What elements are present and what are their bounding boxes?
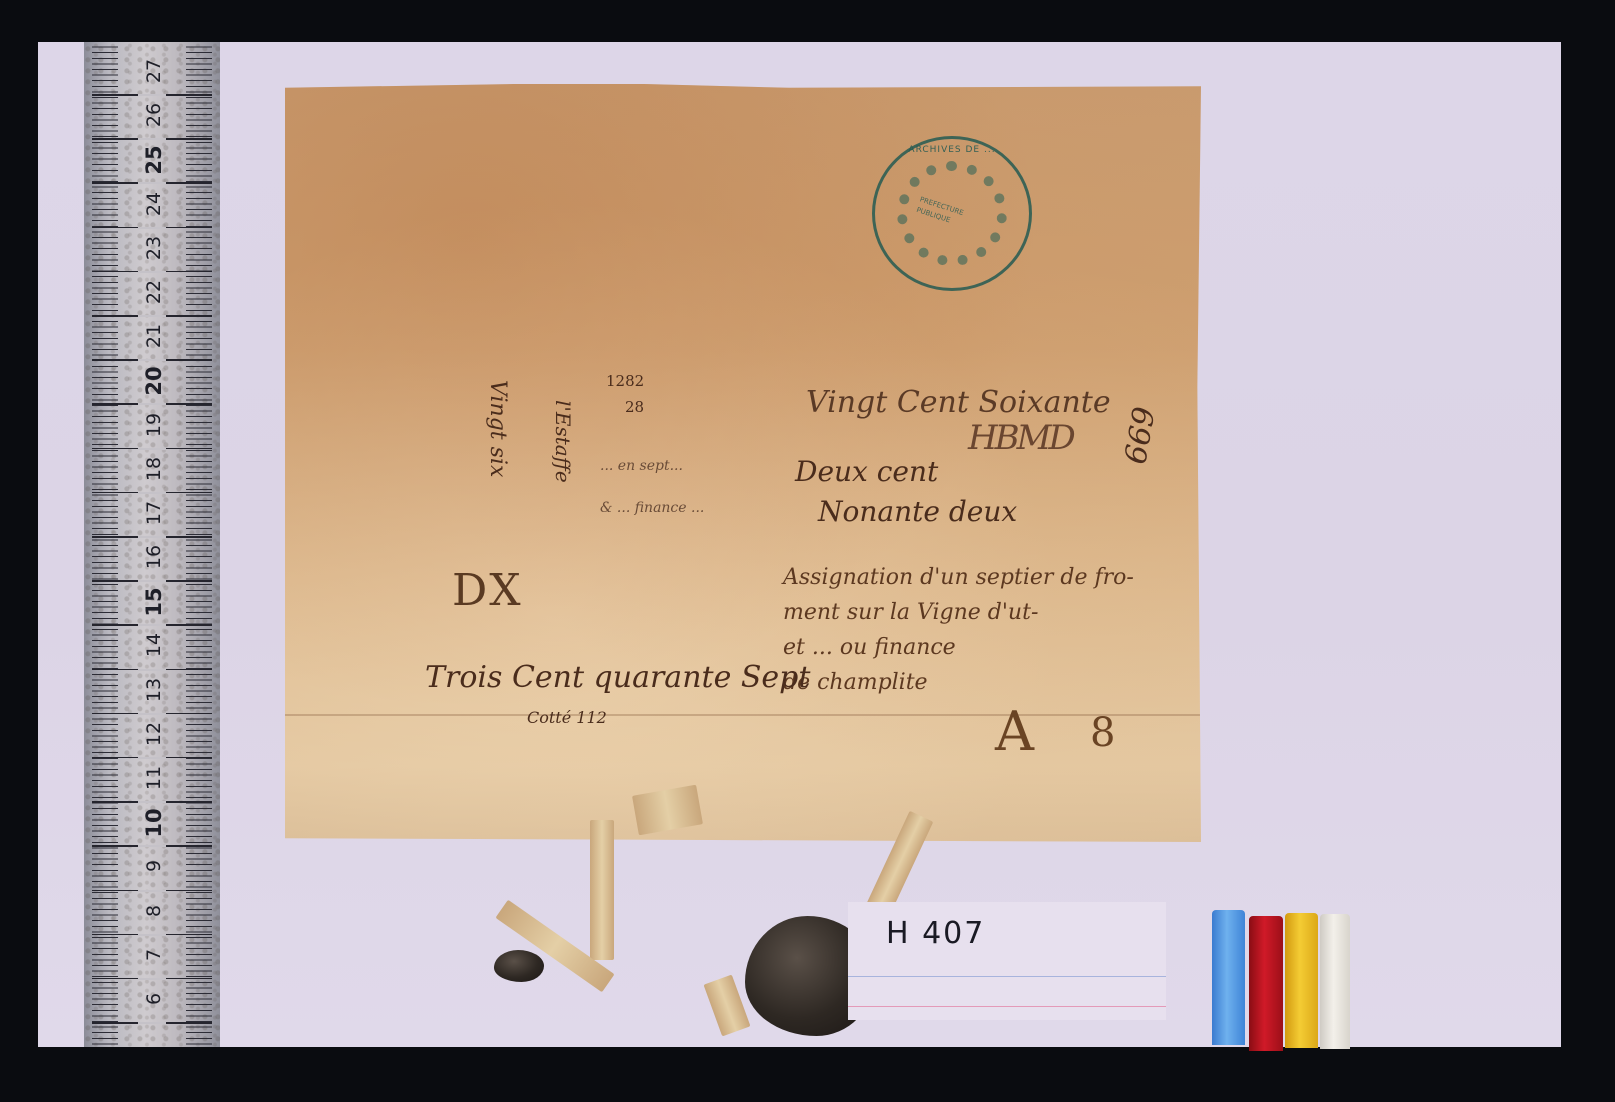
summary-line-1: Assignation d'un septier de fro-	[783, 565, 1134, 590]
ruler-number: 7	[143, 935, 165, 975]
photo-frame: 2726252423222120191817161514131211109876…	[0, 0, 1615, 1102]
archive-stamp-icon: ARCHIVES DE ... PREFECTURE PUBLIQUE	[872, 136, 1032, 291]
ruler-number: 27	[143, 51, 165, 91]
vertical-note-2: l'Estaffe	[551, 400, 575, 483]
inscription-top-right: Vingt Cent Soixante	[806, 385, 1111, 420]
stamp-ring-text: ARCHIVES DE ...	[875, 145, 1029, 155]
initial-letter: A	[995, 700, 1034, 763]
faded-line-2: & ... finance ...	[600, 500, 704, 516]
ruler-number: 9	[143, 846, 165, 886]
ruler-ticks-right	[168, 42, 212, 1047]
catalog-label-card: H 407	[848, 902, 1166, 1020]
blue-reference-pencil	[1212, 910, 1245, 1045]
amount-line-1: Deux cent	[795, 455, 938, 488]
ruler-number: 21	[143, 316, 165, 356]
ruler-number: 8	[143, 891, 165, 931]
ruler-number: 22	[143, 272, 165, 312]
ruler-number: 17	[143, 493, 165, 533]
ruler-number: 14	[143, 625, 165, 665]
card-rule-blue	[848, 976, 1166, 977]
summary-line-3: et ... ou finance	[783, 635, 956, 660]
amount-2: Trois Cent quarante Sept	[425, 660, 810, 695]
ruler-number: 13	[143, 670, 165, 710]
ruler-number: 26	[143, 95, 165, 135]
ruler-number: 19	[143, 405, 165, 445]
ruler-number: 15	[142, 582, 166, 622]
ruler-number: 11	[143, 758, 165, 798]
parchment-charter	[285, 84, 1201, 842]
ruler-number: 12	[143, 714, 165, 754]
ruler-number: 23	[143, 228, 165, 268]
catalog-number-1: 1282	[606, 372, 644, 390]
amount-line-2: Nonante deux	[818, 495, 1017, 528]
yellow-reference-pencil	[1285, 913, 1318, 1048]
ruler-number: 25	[142, 140, 166, 180]
ruler-number: 6	[143, 979, 165, 1019]
faded-line-1: ... en sept...	[600, 458, 683, 474]
card-rule-pink	[848, 1006, 1166, 1007]
ruler-number: 10	[142, 803, 166, 843]
roman-numeral: DX	[452, 565, 523, 616]
red-reference-pencil	[1249, 916, 1283, 1051]
ruler-cm-line	[92, 1022, 212, 1024]
ruler-number: 18	[143, 449, 165, 489]
ruler-number: 24	[143, 184, 165, 224]
initial-mark: 8	[1090, 710, 1115, 756]
vertical-note-1: Vingt six	[485, 380, 510, 477]
catalog-label: H 407	[886, 916, 985, 951]
ruler-ticks-left	[92, 42, 136, 1047]
monogram-signature: HBMD	[968, 418, 1073, 458]
wax-seal-fragment	[494, 950, 544, 982]
cote-reference: Cotté 112	[527, 708, 607, 727]
summary-line-2: ment sur la Vigne d'ut-	[783, 600, 1038, 625]
ruler-number: 20	[142, 361, 166, 401]
ruler-number: 16	[143, 537, 165, 577]
parchment-tag-left	[590, 820, 614, 960]
catalog-number-2: 28	[625, 398, 644, 416]
white-reference-pencil	[1320, 914, 1350, 1049]
